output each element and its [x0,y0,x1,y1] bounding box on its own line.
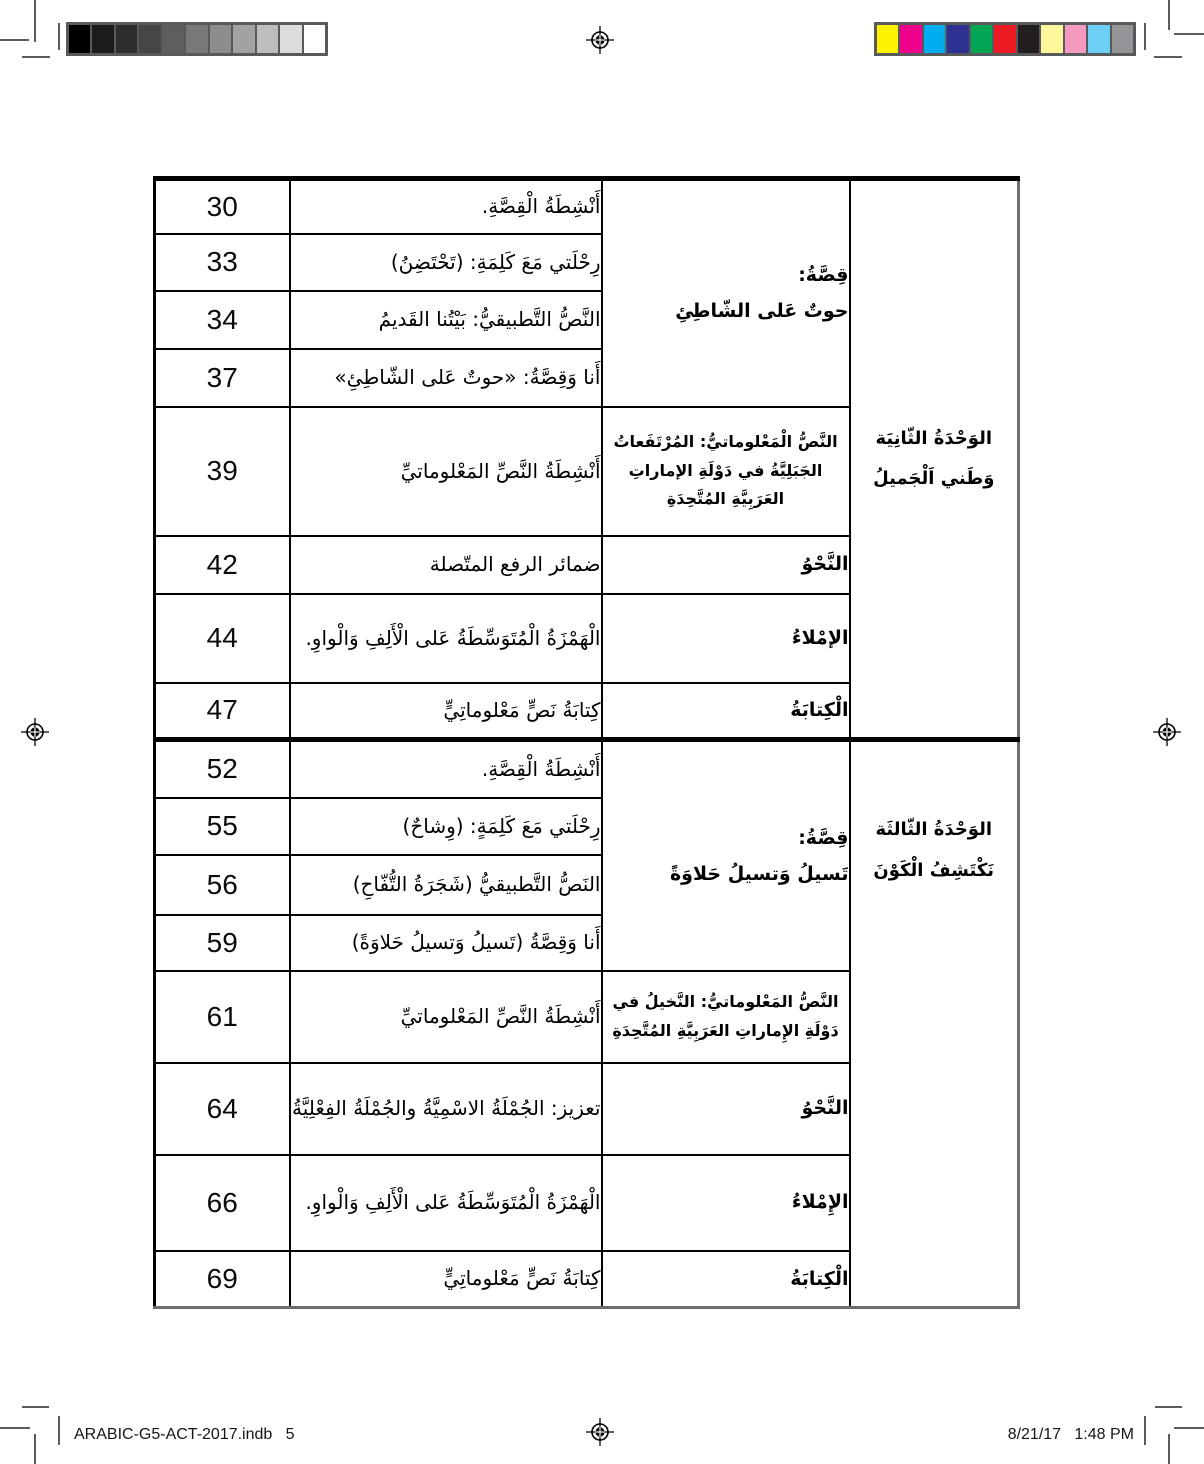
registration-mark-icon [585,25,615,55]
color-calibration-bar [874,22,1136,56]
category-grammar-cell: النَّحْوُ [602,1063,850,1155]
crop-mark [1168,0,1170,30]
story-name: حوتٌ عَلى الشّاطِئِ [603,293,849,329]
crop-mark [34,0,36,42]
grayscale-calibration-bar [66,22,328,56]
color-swatch [69,25,90,53]
lesson-title: أَنا وَقِصَّةُ: «حوتٌ عَلى الشّاطِئِ» [290,349,602,407]
crop-mark [0,1427,30,1429]
category-writing-cell: الْكِتابَةُ [602,683,850,740]
lesson-title: كِتابَةُ نَصٍّ مَعْلوماتِيٍّ [290,683,602,740]
page-number: 37 [155,349,290,407]
category-writing-cell: الْكِتابَةُ [602,1251,850,1308]
page-number: 59 [155,915,290,971]
registration-mark-icon [1152,717,1182,747]
lesson-title: ضمائر الرفع المتّصلة [290,536,602,594]
color-swatch [924,25,945,53]
color-swatch [210,25,231,53]
color-swatch [947,25,968,53]
unit-title-line: وَطَني اَلْجَميلُ [851,459,1018,500]
crop-mark [22,56,50,58]
crop-mark [1155,1406,1182,1408]
color-swatch [257,25,278,53]
page-number: 47 [155,683,290,740]
page-number: 69 [155,1251,290,1308]
page-number: 33 [155,234,290,291]
page-number: 52 [155,740,290,798]
lesson-title: رِحْلَتي مَعَ كَلِمَةِ: (تَحْتَضِنُ) [290,234,602,291]
page-number: 44 [155,594,290,683]
category-spelling-cell: الإِمْلاءُ [602,1155,850,1251]
page-number: 61 [155,971,290,1063]
lesson-title: أَنا وَقِصَّةُ (تَسيلُ وَتسيلُ حَلاوَةً) [290,915,602,971]
lesson-title: النَّصُّ التَّطبيقيُّ: بَيْتُنا القَديمُ [290,291,602,349]
color-swatch [1088,25,1109,53]
crop-mark [0,39,29,41]
story-label: قِصَّةُ: [603,257,849,293]
color-swatch [900,25,921,53]
lesson-title: رِحْلَتي مَعَ كَلِمَةٍ: (وِشاحٌ) [290,798,602,855]
toc-table: الوَحْدَةُ الثّانِيَة وَطَني اَلْجَميلُ … [153,176,1020,1309]
lesson-title: النَصُّ التَّطبيقيُّ (شَجَرَةُ التُّفّاح… [290,855,602,915]
crop-mark [58,1416,60,1445]
color-swatch [186,25,207,53]
page-number: 56 [155,855,290,915]
category-info-text-cell: النَّصُّ الْمَعْلوماتيُّ: المُرْتَفَعاتُ… [602,407,850,536]
page-number: 30 [155,179,290,234]
lesson-title: أَنْشِطَةُ النَّصِّ المَعْلوماتيِّ [290,971,602,1063]
crop-mark [34,1434,36,1464]
category-story-cell: قِصَّةُ: حوتٌ عَلى الشّاطِئِ [602,179,850,407]
footer-timestamp: 8/21/17 1:48 PM [1008,1426,1134,1444]
color-swatch [304,25,325,53]
lesson-title: الْهَمْزَةُ الْمُتَوَسِّطَةُ عَلى الْأَل… [290,1155,602,1251]
lesson-title: أَنْشِطَةُ الْقِصَّةِ. [290,740,602,798]
lesson-title: أَنْشِطَةُ النَّصِّ المَعْلوماتيِّ [290,407,602,536]
category-grammar-cell: النَّحْوُ [602,536,850,594]
lesson-title: كِتابَةُ نَصٍّ مَعْلوماتِيٍّ [290,1251,602,1308]
lesson-title: الْهَمْزَةُ الْمُتَوَسِّطَةُ عَلى الْأَل… [290,594,602,683]
unit-title-line: نَكْتَشِفُ الْكَوْنَ [851,851,1018,892]
color-swatch [139,25,160,53]
unit-title-line: الوَحْدَةُ الثّانِيَة [851,419,1018,460]
crop-mark [1144,1416,1146,1445]
category-spelling-cell: الإمْلاءُ [602,594,850,683]
lesson-title: أَنْشِطَةُ الْقِصَّةِ. [290,179,602,234]
story-name: تَسيلُ وَتسيلُ حَلاوَةً [603,856,849,892]
color-swatch [1041,25,1062,53]
page-number: 34 [155,291,290,349]
crop-mark [1144,23,1146,50]
color-swatch [877,25,898,53]
color-swatch [1112,25,1133,53]
category-story-cell: قِصَّةُ: تَسيلُ وَتسيلُ حَلاوَةً [602,740,850,971]
page-number: 66 [155,1155,290,1251]
lesson-title: تعزيز: الجُمْلَةُ الاسْمِيَّةُ والجُمْلَ… [290,1063,602,1155]
category-info-text-cell: النَّصُّ المَعْلوماتيُّ: النَّخيلُ في دَ… [602,971,850,1063]
color-swatch [280,25,301,53]
color-swatch [116,25,137,53]
color-swatch [1065,25,1086,53]
crop-mark [1174,1427,1204,1429]
page-number: 64 [155,1063,290,1155]
color-swatch [92,25,113,53]
crop-mark [1174,33,1204,35]
color-swatch [1018,25,1039,53]
crop-mark [58,23,60,50]
crop-mark [22,1406,49,1408]
footer-filename: ARABIC-G5-ACT-2017.indb 5 [74,1426,295,1444]
unit-2-title-cell: الوَحْدَةُ الثّانِيَة وَطَني اَلْجَميلُ [850,179,1019,740]
story-label: قِصَّةُ: [603,820,849,856]
color-swatch [994,25,1015,53]
color-swatch [233,25,254,53]
crop-mark [1154,56,1182,58]
page-number: 55 [155,798,290,855]
registration-mark-icon [20,717,50,747]
unit-3-title-cell: الوَحْدَةُ الثّالثَة نَكْتَشِفُ الْكَوْن… [850,740,1019,1308]
color-swatch [971,25,992,53]
page-number: 42 [155,536,290,594]
page-number: 39 [155,407,290,536]
printed-page: الوَحْدَةُ الثّانِيَة وَطَني اَلْجَميلُ … [0,0,1204,1464]
registration-mark-icon [585,1417,615,1447]
unit-title-line: الوَحْدَةُ الثّالثَة [851,810,1018,851]
crop-mark [1168,1434,1170,1464]
color-swatch [163,25,184,53]
